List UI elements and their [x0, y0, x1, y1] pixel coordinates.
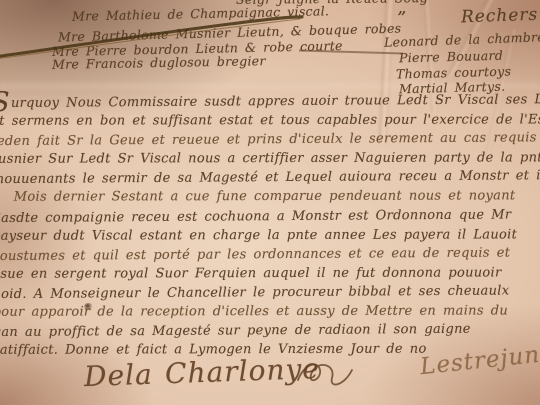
body-paragraph: Surquoy Nous Commissaire susdt appres au… — [0, 90, 540, 361]
manuscript-line: rusnier Sur Ledt Sr Viscal nous a certif… — [0, 148, 540, 169]
manuscript-line: et sermens en bon et suffisant estat et … — [0, 110, 540, 131]
ink-blot — [84, 303, 93, 310]
manuscript-line: Mois dernier Sestant a cue fune comparue… — [14, 187, 540, 208]
official-name: Mre Francois duglosou bregier — [52, 53, 266, 72]
manuscript-line: coustumes et quil est porté par les ordo… — [0, 243, 540, 266]
manuscript-line: pour apparoir de la reception d'icelles … — [0, 301, 540, 322]
list-heading: Rechers — [461, 5, 539, 28]
manuscript-photo: Seigr Juigné la Reueu Soug Mre Mathieu d… — [0, 0, 540, 405]
official-name: Mre Mathieu de Champaignac viscal. — [72, 3, 329, 23]
listed-name: Leonard de la chambre — [384, 29, 540, 50]
signature-principal: Dela Charlonye — [83, 352, 320, 393]
manuscript-line: Sasdte compaignie receu est cochuona a M… — [0, 204, 540, 227]
manuscript-line: esue en sergent royal Suor Ferquien auqu… — [0, 263, 540, 284]
manuscript-line: payseur dudt Viscal estant en charge la … — [0, 225, 540, 246]
listed-name: Pierre Bouuard — [399, 48, 503, 66]
ditto-mark: ” — [397, 8, 407, 29]
